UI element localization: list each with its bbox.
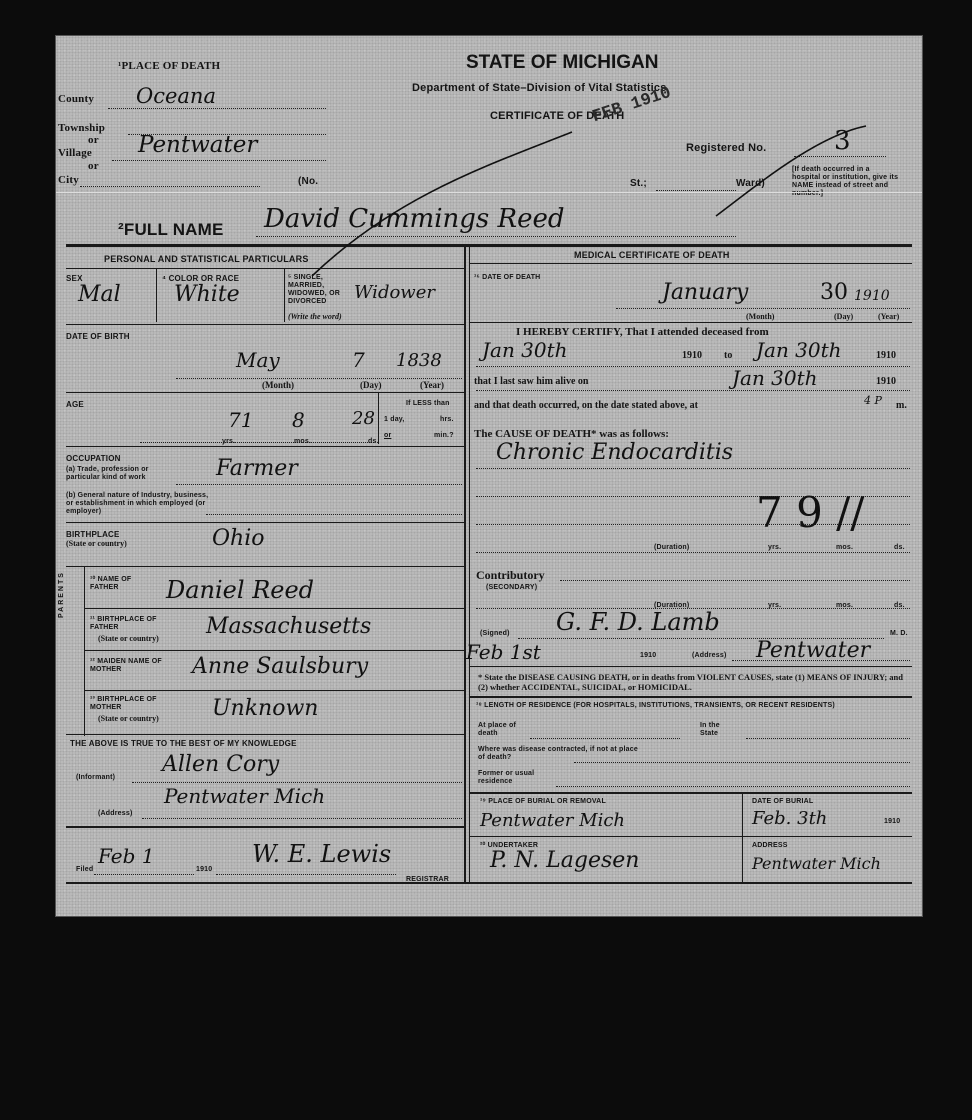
check-marks	[56, 36, 922, 916]
death-certificate: ¹PLACE OF DEATH STATE OF MICHIGAN Depart…	[56, 36, 922, 916]
